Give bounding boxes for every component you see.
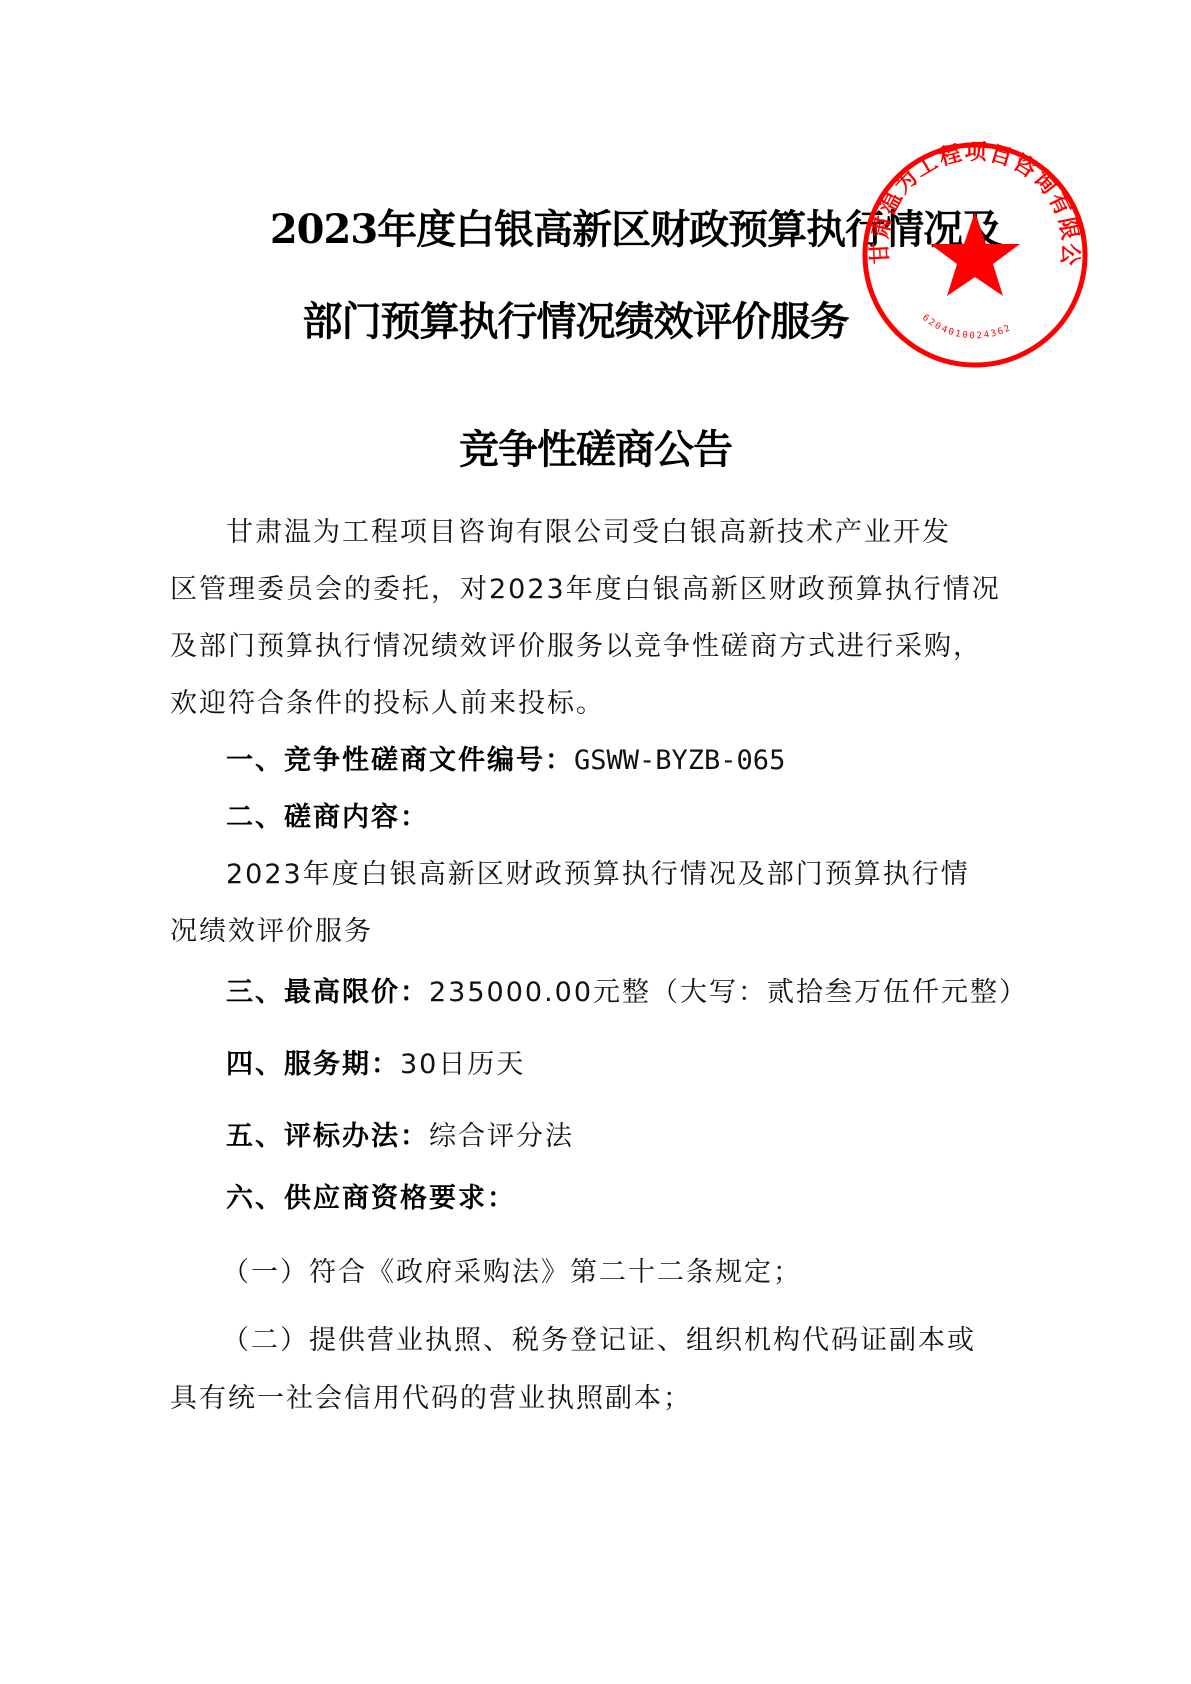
intro-line-4: 欢迎符合条件的投标人前来投标。 xyxy=(170,681,605,720)
section-4-value: 30日历天 xyxy=(400,1049,525,1080)
section-3-label: 三、最高限价： xyxy=(226,977,429,1008)
section-5-value: 综合评分法 xyxy=(429,1121,574,1152)
section-5: 五、评标办法：综合评分法 xyxy=(226,1114,574,1153)
intro-line-2: 区管理委员会的委托，对2023年度白银高新区财政预算执行情况 xyxy=(170,567,1001,606)
title-line-1: 2023年度白银高新区财政预算执行情况及 xyxy=(40,198,1191,255)
requirement-1: （一）符合《政府采购法》第二十二条规定； xyxy=(222,1250,802,1289)
section-6: 六、供应商资格要求： xyxy=(226,1176,516,1215)
document-page: 2023年度白银高新区财政预算执行情况及 部门预算执行情况绩效评价服务 竞争性磋… xyxy=(0,0,1191,1684)
section-6-label: 六、供应商资格要求： xyxy=(226,1183,516,1214)
section-3-value: 235000.00元整（大写：贰拾叁万伍仟元整） xyxy=(429,977,1028,1008)
section-2-content-2: 况绩效评价服务 xyxy=(170,909,373,948)
section-2-content-1: 2023年度白银高新区财政预算执行情况及部门预算执行情 xyxy=(226,852,970,891)
section-1-label: 一、竞争性磋商文件编号： xyxy=(226,745,574,776)
requirement-2: （二）提供营业执照、税务登记证、组织机构代码证副本或 xyxy=(222,1318,976,1357)
intro-line-1: 甘肃温为工程项目咨询有限公司受白银高新技术产业开发 xyxy=(226,510,951,549)
section-5-label: 五、评标办法： xyxy=(226,1121,429,1152)
section-3: 三、最高限价：235000.00元整（大写：贰拾叁万伍仟元整） xyxy=(226,970,1028,1009)
intro-line-3: 及部门预算执行情况绩效评价服务以竞争性磋商方式进行采购， xyxy=(170,624,982,663)
requirement-2-cont: 具有统一社会信用代码的营业执照副本； xyxy=(170,1376,692,1415)
section-1: 一、竞争性磋商文件编号：GSWW-BYZB-065 xyxy=(226,738,785,777)
section-4: 四、服务期：30日历天 xyxy=(226,1042,525,1081)
section-2: 二、磋商内容： xyxy=(226,795,429,834)
title-line-3: 竞争性磋商公告 xyxy=(0,418,1191,475)
section-4-label: 四、服务期： xyxy=(226,1049,400,1080)
title-line-2: 部门预算执行情况绩效评价服务 xyxy=(0,290,1171,347)
section-2-label: 二、磋商内容： xyxy=(226,802,429,833)
section-1-value: GSWW-BYZB-065 xyxy=(574,745,785,776)
